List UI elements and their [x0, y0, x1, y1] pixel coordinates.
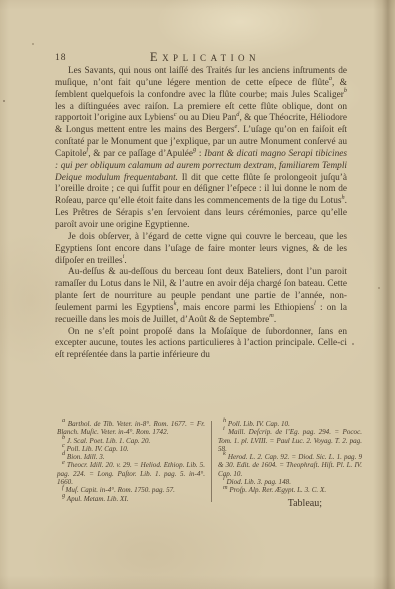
catchword: Tableau;	[0, 498, 322, 509]
footnote-text: Maill. Deſcrip. de l’Eg. pag. 294. = Poc…	[218, 428, 362, 453]
footnote: a Barthol. de Tib. Veter. in-8°. Rom. 16…	[57, 420, 205, 437]
footnote-marker: m	[223, 484, 228, 491]
text-segment: Les Savants, qui nous ont laiſſé des Tra…	[55, 66, 347, 88]
footnote-text: Poll. Lib. IV. Cap. 10.	[65, 445, 129, 453]
footnote-marker: a	[62, 417, 65, 424]
footnote: f Muſ. Capit. in-4°. Rom. 1750. pag. 57.	[57, 486, 205, 494]
footnote: h Poll. Lib. IV. Cap. 10.	[218, 420, 362, 428]
page-header: 18 EXPLICATION	[55, 50, 347, 66]
footnote-text: J. Scal. Poet. Lib. 1. Cap. 20.	[65, 437, 150, 445]
footnote-column-left: a Barthol. de Tib. Veter. in-8°. Rom. 16…	[57, 420, 205, 503]
page-edge-shadow	[373, 0, 395, 589]
body-text: Les Savants, qui nous ont laiſſé des Tra…	[55, 66, 347, 362]
footnote-reference: f	[87, 146, 89, 153]
footnote: i Maill. Deſcrip. de l’Eg. pag. 294. = P…	[218, 428, 362, 453]
footnote-text: Poll. Lib. IV. Cap. 10.	[226, 420, 290, 428]
footnote-text: Herod. L. 2. Cap. 92. = Diod. Sic. L. 1.…	[218, 453, 362, 478]
footnote-column-divider	[211, 421, 212, 502]
footnote-column-right: h Poll. Lib. IV. Cap. 10.i Maill. Deſcri…	[218, 420, 362, 495]
footnote-marker: i	[223, 425, 225, 432]
book-page: 18 EXPLICATION Les Savants, qui nous ont…	[0, 0, 395, 589]
paragraph: Au-deſſus & au-deſſous du berceau ſont d…	[55, 267, 347, 326]
footnote-marker: d	[62, 450, 65, 457]
paper-specks	[3, 100, 5, 102]
page-number: 18	[55, 53, 67, 63]
text-segment: , mais encore parmi les Ethiopiens	[176, 303, 314, 313]
footnote-reference: b	[344, 87, 347, 94]
footnote: c Poll. Lib. IV. Cap. 10.	[57, 445, 205, 453]
footnote-marker: b	[62, 434, 65, 441]
footnote-text: Muſ. Capit. in-4°. Rom. 1750. pag. 57.	[64, 486, 175, 494]
footnote: b J. Scal. Poet. Lib. 1. Cap. 20.	[57, 437, 205, 445]
footnote-reference: c	[174, 111, 177, 118]
footnote-text: Theocr. Idill. 20. v. 29. = Heliod. Ethi…	[57, 461, 205, 486]
text-segment: On ne s’eſt point propoſé dans la Moſaïq…	[55, 327, 347, 361]
running-title: EXPLICATION	[55, 50, 347, 65]
footnote-text: Proſp. Alp. Rer. Ægypt. L. 3. C. X.	[228, 486, 327, 494]
text-segment: Je dois obſerver, à l’égard de cette vig…	[55, 232, 347, 266]
text-segment: .	[124, 256, 126, 266]
text-segment: , & par ce paſſage d’Apulée	[88, 149, 193, 159]
footnote-reference: g	[193, 146, 196, 153]
text-segment: ou au Dieu Pan	[177, 113, 237, 123]
footnote-text: Bion. Idill. 3.	[65, 453, 104, 461]
footnote-reference: l	[314, 300, 316, 307]
footnote-reference: m	[269, 312, 274, 319]
footnote: l Diod. Lib. 3. pag. 148.	[218, 478, 362, 486]
footnote: d Bion. Idill. 3.	[57, 453, 205, 461]
footnote-marker: k	[223, 450, 226, 457]
footnote-marker: e	[62, 459, 65, 466]
footnote-marker: l	[223, 475, 225, 482]
footnote-marker: f	[62, 484, 64, 491]
footnote-reference: a	[329, 75, 332, 82]
footnote: e Theocr. Idill. 20. v. 29. = Heliod. Et…	[57, 461, 205, 486]
footnote-marker: h	[223, 417, 226, 424]
footnote-reference: h	[342, 194, 345, 201]
footnote: m Proſp. Alp. Rer. Ægypt. L. 3. C. X.	[218, 486, 362, 494]
footnote-reference: d	[236, 111, 239, 118]
footnotes: a Barthol. de Tib. Veter. in-8°. Rom. 16…	[57, 420, 362, 505]
footnote-text: Barthol. de Tib. Veter. in-8°. Rom. 1677…	[57, 420, 205, 436]
paragraph: Les Savants, qui nous ont laiſſé des Tra…	[55, 66, 347, 232]
paragraph: On ne s’eſt point propoſé dans la Moſaïq…	[55, 327, 347, 363]
footnote-text: Diod. Lib. 3. pag. 148.	[225, 478, 291, 486]
text-segment: .	[274, 315, 276, 325]
footnote-marker: c	[62, 442, 65, 449]
footnote-reference: e	[235, 123, 238, 130]
paragraph: Je dois obſerver, à l’égard de cette vig…	[55, 232, 347, 268]
footnote: k Herod. L. 2. Cap. 92. = Diod. Sic. L. …	[218, 453, 362, 478]
footnote-reference: k	[174, 300, 177, 307]
